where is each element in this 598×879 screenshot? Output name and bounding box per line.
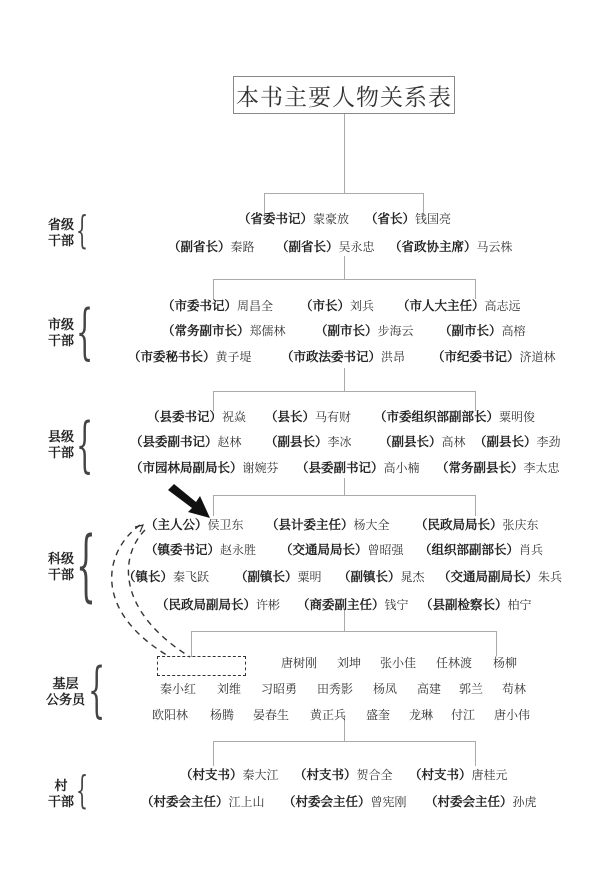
person-name: 欧阳林 [152, 708, 188, 722]
person-entry: （副市长）步海云 [315, 322, 414, 340]
person-name: 郑儒林 [250, 324, 286, 338]
person-name: 许彬 [256, 598, 280, 612]
brace-icon: { [76, 770, 88, 810]
village-bar [213, 741, 476, 742]
brace-icon: { [76, 300, 93, 364]
person-entry: （村委会主任）孙虎 [425, 793, 537, 811]
person-name: 黄子堤 [216, 350, 252, 364]
person-role: （县委副书记） [130, 434, 218, 449]
person-entry: （县长）马有财 [265, 408, 351, 426]
person-name: 周昌全 [237, 299, 273, 313]
person-entry: 唐树刚 [281, 654, 317, 672]
person-entry: （副县长）高林 [379, 433, 466, 451]
person-entry: （副市长）高榕 [439, 322, 526, 340]
person-name: 粟明 [298, 570, 322, 584]
person-name: 曾昭强 [368, 543, 404, 557]
person-entry: 张小佳 [380, 654, 416, 672]
person-role: （市委秘书长） [128, 349, 216, 364]
level-label-text: 省级 干部 [48, 218, 74, 249]
person-entry: 唐小伟 [494, 706, 530, 724]
person-entry: （常务副县长）李太忠 [436, 459, 560, 477]
person-name: 高志远 [485, 299, 521, 313]
person-name: 刘坤 [337, 656, 361, 670]
section-right-drop [475, 495, 476, 516]
person-role: （市政法委书记） [281, 349, 381, 364]
level-label-text: 基层 公务员 [46, 677, 85, 708]
person-name: 高小楠 [384, 461, 420, 475]
person-name: 高林 [442, 435, 466, 449]
person-entry: 黄正兵 [310, 706, 346, 724]
person-entry: （副县长）李冰 [265, 433, 352, 451]
person-name: 马有财 [315, 410, 351, 424]
person-name: 习昭勇 [261, 682, 297, 696]
person-entry: 刘坤 [337, 654, 361, 672]
person-entry: （村委会主任）江上山 [141, 793, 265, 811]
person-entry: （市人大主任）高志远 [397, 297, 521, 315]
person-entry: 任林渡 [436, 654, 472, 672]
person-role: （常务副县长） [436, 460, 524, 475]
grassroots-placeholder-box [157, 656, 246, 676]
person-entry: （村委会主任）曾宪刚 [283, 793, 407, 811]
person-role: （村支书） [409, 767, 472, 782]
person-name: 付江 [451, 708, 475, 722]
person-role: （省长） [365, 211, 415, 226]
person-name: 洪昂 [381, 350, 405, 364]
person-name: 秦路 [231, 240, 255, 254]
person-name: 苟林 [502, 682, 526, 696]
level-label-county: 县级 干部 [48, 430, 74, 462]
person-role: （商委副主任） [297, 597, 385, 612]
county-stem [344, 368, 345, 391]
county-bar [213, 391, 476, 392]
person-entry: （村支书）唐桂元 [409, 766, 508, 784]
person-entry: （省长）钱国亮 [365, 210, 451, 228]
brace-icon: { [76, 525, 96, 607]
brace-icon: { [76, 413, 93, 477]
person-name: 任林渡 [436, 656, 472, 670]
person-entry: （县委副书记）高小楠 [296, 459, 420, 477]
person-name: 李冰 [328, 435, 352, 449]
person-name: 祝焱 [222, 410, 246, 424]
person-role: （常务副市长） [162, 323, 250, 338]
level-label-text: 科级 干部 [48, 552, 74, 583]
person-name: 济道林 [520, 350, 556, 364]
person-name: 钱国亮 [415, 212, 451, 226]
person-entry: （市园林局副局长）谢婉芬 [130, 459, 279, 477]
level-label-village: 村 干部 [48, 779, 74, 811]
person-name: 杨柳 [493, 656, 517, 670]
city-bar [213, 279, 476, 280]
person-name: 龙琳 [409, 708, 433, 722]
brace-icon: { [76, 210, 88, 250]
person-role: （交通局副局长） [438, 569, 538, 584]
person-role: （省政协主席） [389, 239, 477, 254]
person-entry: （副镇长）晁杰 [338, 568, 425, 586]
person-entry: （省政协主席）马云株 [389, 238, 513, 256]
person-entry: 田秀影 [317, 680, 353, 698]
person-name: 赵林 [218, 435, 242, 449]
person-entry: （村支书）秦大江 [180, 766, 279, 784]
person-entry: （交通局副局长）朱兵 [438, 568, 562, 586]
level-label-section: 科级 干部 [48, 552, 74, 584]
person-name: 黄正兵 [310, 708, 346, 722]
person-entry: （副省长）吴永忠 [276, 238, 375, 256]
person-name: 江上山 [229, 795, 265, 809]
section-stem [344, 478, 345, 495]
level-label-text: 市级 干部 [48, 318, 74, 349]
brace-icon: { [88, 658, 105, 722]
person-name: 晏春生 [253, 708, 289, 722]
person-role: （村委会主任） [425, 794, 513, 809]
person-entry: （商委副主任）钱宁 [297, 596, 409, 614]
city-stem [344, 256, 345, 279]
village-left-drop [213, 741, 214, 766]
person-name: 张小佳 [380, 656, 416, 670]
person-name: 蒙豪放 [313, 212, 349, 226]
person-name: 粟明俊 [499, 410, 535, 424]
person-name: 盛奎 [366, 708, 390, 722]
person-entry: 刘维 [217, 680, 241, 698]
person-name: 李太忠 [524, 461, 560, 475]
person-role: （副县长） [474, 434, 537, 449]
person-entry: （民政局局长）张庆东 [415, 516, 539, 534]
person-role: （副市长） [315, 323, 378, 338]
person-role: （县委副书记） [296, 460, 384, 475]
person-role: （副县长） [265, 434, 328, 449]
person-name: 曾宪刚 [371, 795, 407, 809]
person-entry: （市委组织部副部长）粟明俊 [374, 408, 535, 426]
person-entry: 龙琳 [409, 706, 433, 724]
person-name: 步海云 [378, 324, 414, 338]
person-role: （村支书） [294, 767, 357, 782]
person-entry: 习昭勇 [261, 680, 297, 698]
level-label-text: 县级 干部 [48, 430, 74, 461]
person-name: 刘兵 [350, 299, 374, 313]
person-role: （市园林局副局长） [130, 460, 243, 475]
person-entry: 盛奎 [366, 706, 390, 724]
person-name: 高榕 [502, 324, 526, 338]
person-role: （村委会主任） [283, 794, 371, 809]
person-name: 朱兵 [538, 570, 562, 584]
grassroots-right-drop [496, 631, 497, 656]
person-entry: 杨柳 [493, 654, 517, 672]
person-role: （组织部副部长） [419, 542, 519, 557]
person-entry: 欧阳林 [152, 706, 188, 724]
person-name: 张庆东 [503, 518, 539, 532]
person-role: （县计委主任） [266, 517, 354, 532]
person-role: （副省长） [276, 239, 339, 254]
person-entry: （市委书记）周昌全 [162, 297, 273, 315]
city-left-drop [213, 279, 214, 299]
person-name: 钱宁 [385, 598, 409, 612]
person-entry: 郭兰 [459, 680, 483, 698]
person-name: 杨凤 [373, 682, 397, 696]
person-name: 杨大全 [354, 518, 390, 532]
person-entry: （县计委主任）杨大全 [266, 516, 390, 534]
person-role: （市人大主任） [397, 298, 485, 313]
person-role: （市长） [300, 298, 350, 313]
person-role: （村委会主任） [141, 794, 229, 809]
level-label-province: 省级 干部 [48, 218, 74, 250]
person-name: 唐树刚 [281, 656, 317, 670]
person-role: （副县长） [379, 434, 442, 449]
person-name: 贺合全 [357, 768, 393, 782]
person-entry: （组织部副部长）肖兵 [419, 541, 543, 559]
person-name: 郭兰 [459, 682, 483, 696]
village-right-drop [475, 741, 476, 766]
person-entry: 付江 [451, 706, 475, 724]
chart-title: 本书主要人物关系表 [233, 76, 455, 114]
person-name: 柏宁 [508, 598, 532, 612]
person-entry: （省委书记）蒙豪放 [238, 210, 349, 228]
person-name: 孙虎 [513, 795, 537, 809]
person-entry: （副省长）秦路 [168, 238, 255, 256]
person-entry: （县委副书记）赵林 [130, 433, 242, 451]
person-name: 马云株 [477, 240, 513, 254]
person-entry: 秦小红 [160, 680, 196, 698]
person-name: 高建 [417, 682, 441, 696]
city-right-drop [475, 279, 476, 299]
person-entry: （交通局局长）曾昭强 [280, 541, 404, 559]
person-role: （市纪委书记） [432, 349, 520, 364]
person-entry: （市纪委书记）济道林 [432, 348, 556, 366]
person-entry: 高建 [417, 680, 441, 698]
person-name: 唐小伟 [494, 708, 530, 722]
person-entry: （市长）刘兵 [300, 297, 374, 315]
person-name: 田秀影 [317, 682, 353, 696]
person-role: （副市长） [439, 323, 502, 338]
person-name: 肖兵 [519, 543, 543, 557]
province-bar [264, 193, 424, 194]
person-name: 谢婉芬 [243, 461, 279, 475]
person-role: （副省长） [168, 239, 231, 254]
person-entry: （市政法委书记）洪昂 [281, 348, 405, 366]
person-name: 吴永忠 [339, 240, 375, 254]
person-role: （副镇长） [338, 569, 401, 584]
person-entry: 杨凤 [373, 680, 397, 698]
person-entry: 苟林 [502, 680, 526, 698]
person-entry: （县委书记）祝焱 [147, 408, 246, 426]
person-name: 唐桂元 [472, 768, 508, 782]
person-role: （县副检察长） [420, 597, 508, 612]
person-entry: 杨腾 [210, 706, 234, 724]
person-name: 杨腾 [210, 708, 234, 722]
section-bar [213, 495, 476, 496]
person-entry: 晏春生 [253, 706, 289, 724]
level-label-grassroots: 基层 公务员 [46, 677, 85, 709]
person-role: （县委书记） [147, 409, 222, 424]
level-label-city: 市级 干部 [48, 318, 74, 350]
person-role: （村支书） [180, 767, 243, 782]
dashed-path-icon [95, 515, 255, 665]
person-role: （县长） [265, 409, 315, 424]
person-entry: （常务副市长）郑儒林 [162, 322, 286, 340]
person-name: 李劲 [537, 435, 561, 449]
level-label-text: 村 干部 [48, 779, 74, 810]
title-stem [344, 114, 345, 193]
person-role: （市委组织部副部长） [374, 409, 499, 424]
person-entry: （村支书）贺合全 [294, 766, 393, 784]
person-role: （省委书记） [238, 211, 313, 226]
person-name: 晁杰 [401, 570, 425, 584]
person-name: 秦大江 [243, 768, 279, 782]
person-role: （交通局局长） [280, 542, 368, 557]
person-name: 刘维 [217, 682, 241, 696]
person-role: （民政局局长） [415, 517, 503, 532]
person-entry: （市委秘书长）黄子堤 [128, 348, 252, 366]
person-role: （市委书记） [162, 298, 237, 313]
person-entry: （副县长）李劲 [474, 433, 561, 451]
person-name: 秦小红 [160, 682, 196, 696]
person-entry: （县副检察长）柏宁 [420, 596, 532, 614]
